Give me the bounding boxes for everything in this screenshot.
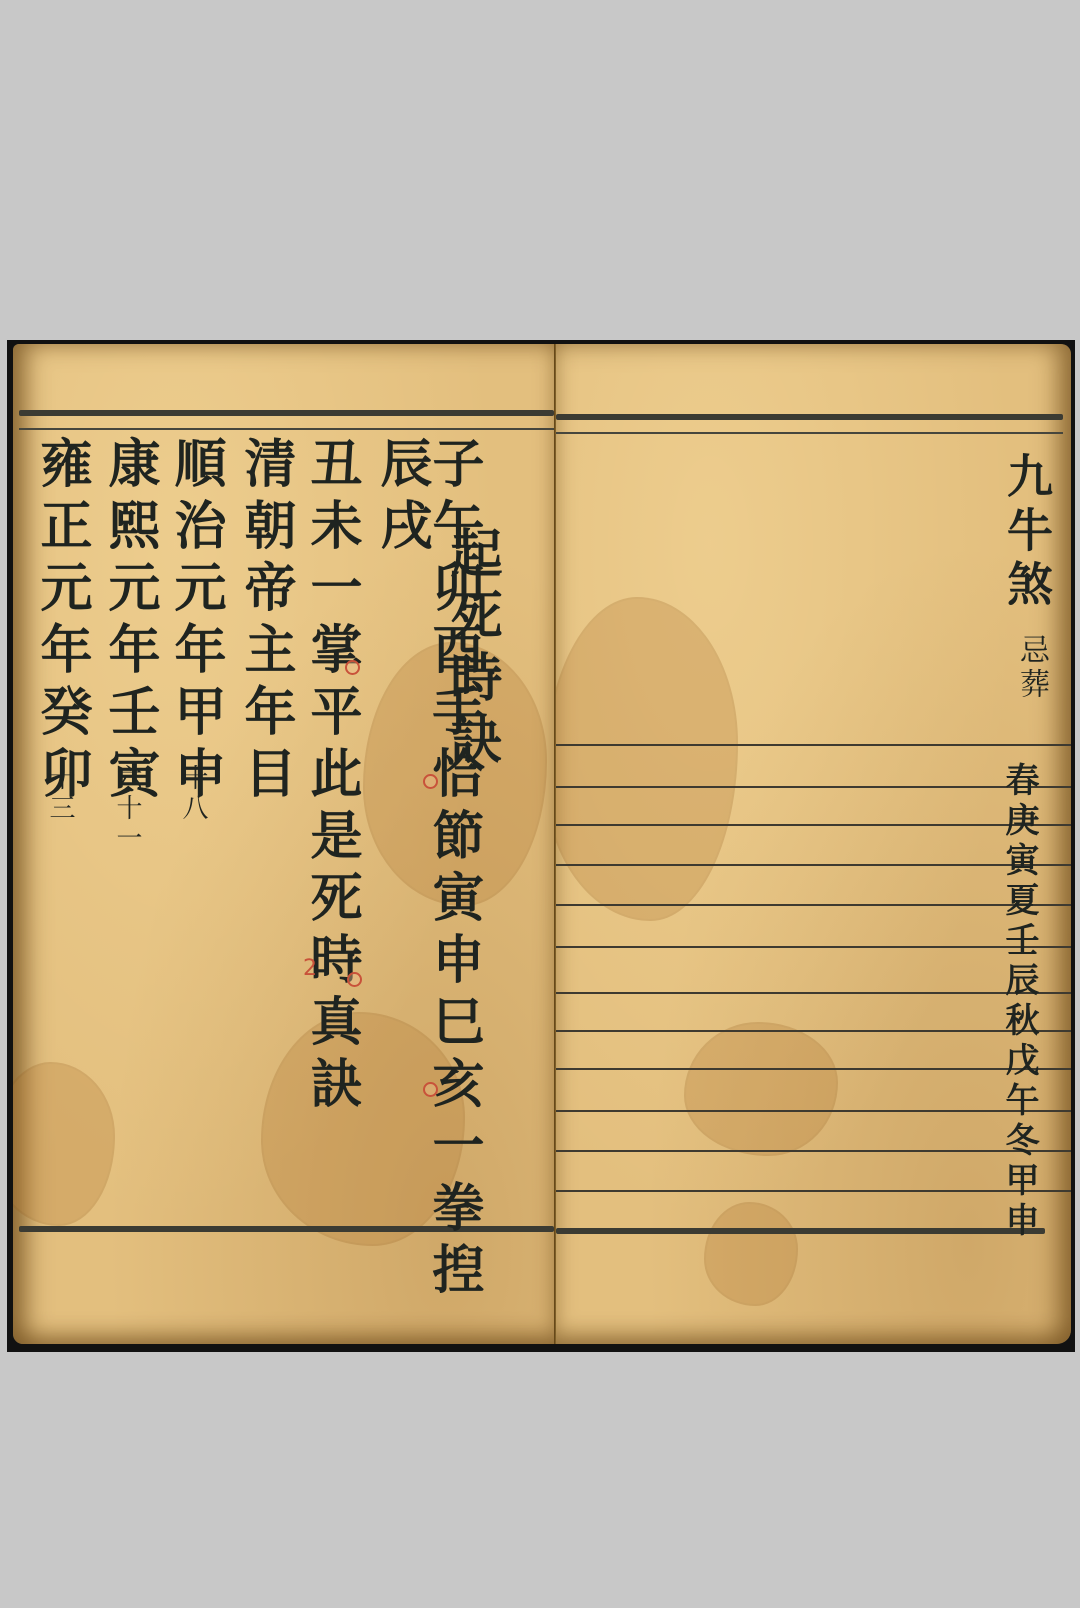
- seasons-column: 春庚寅夏壬辰秋戊午冬甲申: [1002, 762, 1036, 1242]
- water-stain: [706, 1204, 796, 1304]
- reign-yongzheng: 雍正元年癸卯: [35, 436, 87, 808]
- reign-shunzhi: 順治元年甲申: [169, 436, 221, 808]
- bottom-border-rule: [556, 1228, 1045, 1234]
- red-margin-annotation: 2: [303, 956, 317, 981]
- top-border-rule: [19, 410, 554, 416]
- subtitle-jizang: 忌葬: [1016, 634, 1046, 702]
- top-inner-rule: [19, 428, 554, 430]
- ruled-line: [556, 1190, 1071, 1192]
- book-scan: 起死時訣 子午卯酉手恰節寅申巳亥一拳揑辰戌 丑未一掌平此是死時真訣 清朝帝主年目…: [7, 340, 1075, 1352]
- water-stain: [686, 1024, 836, 1154]
- top-inner-rule: [556, 432, 1063, 434]
- ruled-line: [556, 946, 1071, 948]
- reign-kangxi: 康熙元年壬寅: [103, 436, 155, 808]
- water-stain: [556, 599, 736, 919]
- reign-kangxi-years: 六十一: [114, 764, 140, 854]
- top-border-rule: [556, 414, 1063, 420]
- red-circle-mark: [347, 972, 362, 987]
- ruled-line: [556, 864, 1071, 866]
- ruled-line: [556, 824, 1071, 826]
- title-jiuniu-sha: 九牛煞: [1004, 452, 1050, 614]
- ruled-line: [556, 744, 1071, 746]
- water-stain: [13, 1064, 113, 1224]
- ruled-line: [556, 1030, 1071, 1032]
- right-page: 九牛煞 忌葬 春庚寅夏壬辰秋戊午冬甲申: [556, 344, 1071, 1344]
- reign-shunzhi-years: 十八: [180, 764, 206, 824]
- ruled-line: [556, 1110, 1071, 1112]
- verse-line-1: 子午卯酉手恰節寅申巳亥一拳揑辰戌: [375, 436, 479, 1344]
- ruled-line: [556, 786, 1071, 788]
- ruled-line: [556, 904, 1071, 906]
- red-circle-mark: [423, 774, 438, 789]
- left-page: 起死時訣 子午卯酉手恰節寅申巳亥一拳揑辰戌 丑未一掌平此是死時真訣 清朝帝主年目…: [13, 344, 554, 1344]
- red-circle-mark: [345, 660, 360, 675]
- reign-heading: 清朝帝主年目: [239, 436, 291, 808]
- ruled-line: [556, 1150, 1071, 1152]
- ruled-line: [556, 1068, 1071, 1070]
- reign-yongzheng-years: 十三: [47, 764, 73, 824]
- ruled-line: [556, 992, 1071, 994]
- verse-line-2: 丑未一掌平此是死時真訣: [305, 436, 357, 1118]
- red-circle-mark: [423, 1082, 438, 1097]
